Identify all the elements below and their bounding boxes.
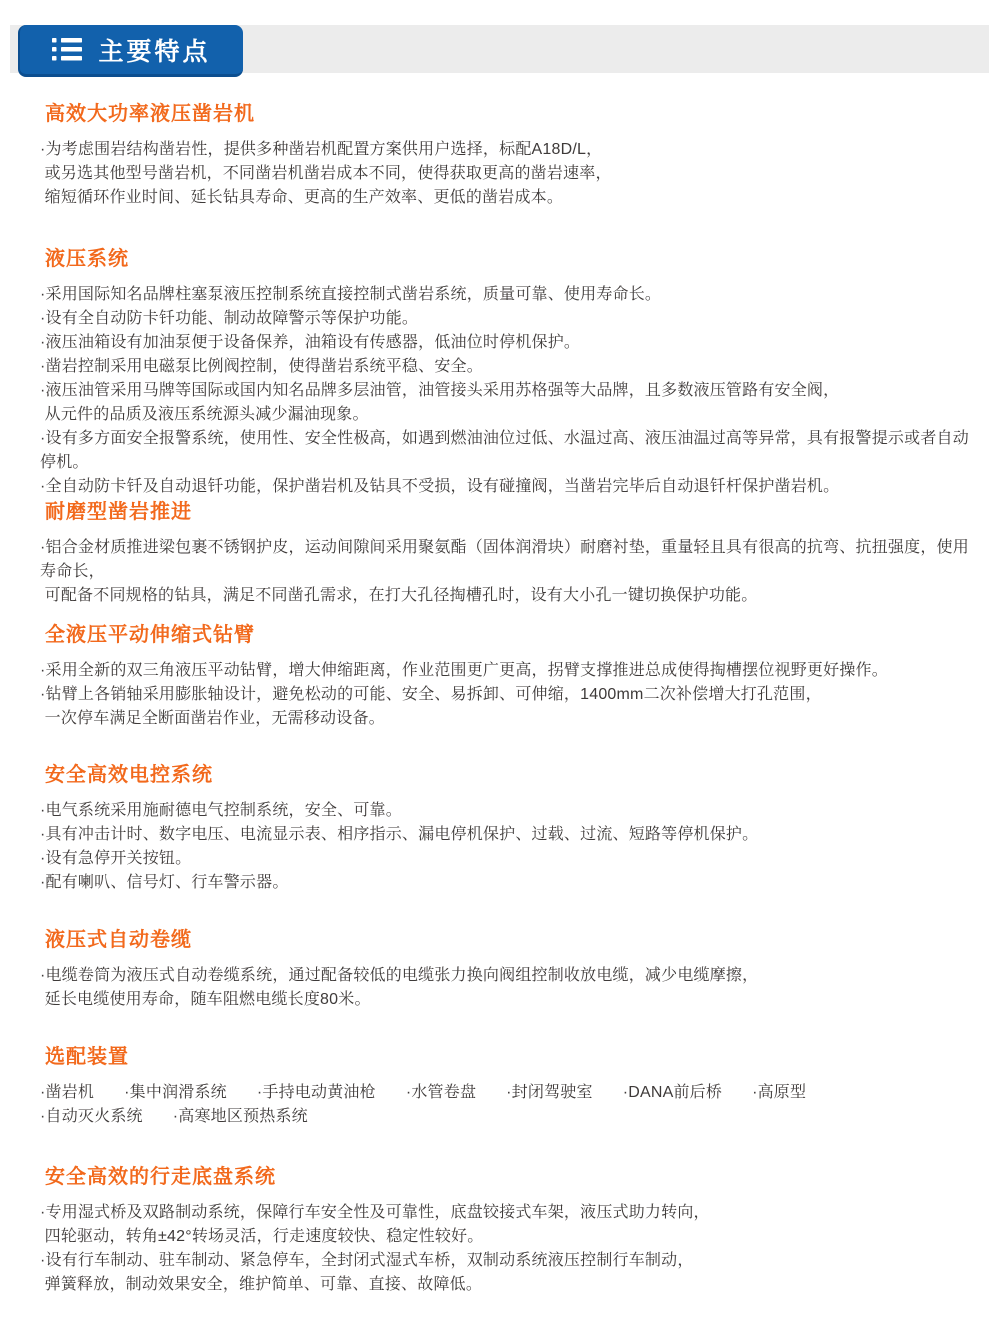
option-item: ·高寒地区预热系统 xyxy=(173,1105,308,1129)
feature-line: ·设有行车制动、驻车制动、紧急停车，全封闭式湿式车桥，双制动系统液压控制行车制动… xyxy=(40,1249,985,1273)
feature-line: ·凿岩控制采用电磁泵比例阀控制，使得凿岩系统平稳、安全。 xyxy=(40,355,985,379)
section-electric-control: 安全高效电控系统 ·电气系统采用施耐德电气控制系统，安全、可靠。 ·具有冲击计时… xyxy=(40,761,985,895)
section-title: 安全高效电控系统 xyxy=(45,761,985,789)
section-body: ·专用湿式桥及双路制动系统，保障行车安全性及可靠性，底盘铰接式车架，液压式助力转… xyxy=(40,1201,985,1297)
feature-line: ·设有急停开关按钮。 xyxy=(40,847,985,871)
feature-line: ·钻臂上各销轴采用膨胀轴设计，避免松动的可能、安全、易拆卸、可伸缩，1400mm… xyxy=(40,683,985,707)
option-item: ·水管卷盘 xyxy=(406,1081,476,1105)
section-optional-equipment: 选配装置 ·凿岩机 ·集中润滑系统 ·手持电动黄油枪 ·水管卷盘 ·封闭驾驶室 … xyxy=(40,1043,985,1129)
feature-line: ·液压油管采用马牌等国际或国内知名品牌多层油管，油管接头采用苏格强等大品牌，且多… xyxy=(40,379,985,403)
section-body: ·采用全新的双三角液压平动钻臂，增大伸缩距离，作业范围更广更高，拐臂支撑推进总成… xyxy=(40,659,985,731)
feature-line: ·配有喇叭、信号灯、行车警示器。 xyxy=(40,871,985,895)
section-hydraulic-system: 液压系统 ·采用国际知名品牌柱塞泵液压控制系统直接控制式凿岩系统，质量可靠、使用… xyxy=(40,245,985,499)
section-title: 全液压平动伸缩式钻臂 xyxy=(45,621,985,649)
section-title: 液压系统 xyxy=(45,245,985,273)
section-title: 液压式自动卷缆 xyxy=(45,926,985,954)
option-item: ·封闭驾驶室 xyxy=(506,1081,593,1105)
section-auto-cable-reel: 液压式自动卷缆 ·电缆卷筒为液压式自动卷缆系统，通过配备较低的电缆张力换向阀组控… xyxy=(40,926,985,1012)
section-body: ·电缆卷筒为液压式自动卷缆系统，通过配备较低的电缆张力换向阀组控制收放电缆，减少… xyxy=(40,964,985,1012)
section-title: 高效大功率液压凿岩机 xyxy=(45,100,985,128)
section-body: ·电气系统采用施耐德电气控制系统，安全、可靠。 ·具有冲击计时、数字电压、电流显… xyxy=(40,799,985,895)
section-body: ·铝合金材质推进梁包裹不锈钢护皮，运动间隙间采用聚氨酯（固体润滑块）耐磨衬垫，重… xyxy=(40,536,985,608)
feature-line: 四轮驱动，转角±42°转场灵活，行走速度较快、稳定性较好。 xyxy=(40,1225,985,1249)
section-body: ·采用国际知名品牌柱塞泵液压控制系统直接控制式凿岩系统，质量可靠、使用寿命长。 … xyxy=(40,283,985,499)
feature-line: ·具有冲击计时、数字电压、电流显示表、相序指示、漏电停机保护、过载、过流、短路等… xyxy=(40,823,985,847)
features-content: 高效大功率液压凿岩机 ·为考虑围岩结构凿岩性，提供多种凿岩机配置方案供用户选择，… xyxy=(0,0,1000,1317)
option-item: ·手持电动黄油枪 xyxy=(257,1081,376,1105)
option-item: ·DANA前后桥 xyxy=(623,1081,722,1105)
feature-line: 一次停车满足全断面凿岩作业，无需移动设备。 xyxy=(40,707,985,731)
feature-line: ·采用国际知名品牌柱塞泵液压控制系统直接控制式凿岩系统，质量可靠、使用寿命长。 xyxy=(40,283,985,307)
section-body: ·为考虑围岩结构凿岩性，提供多种凿岩机配置方案供用户选择，标配A18D/L， 或… xyxy=(40,138,985,210)
option-item: ·集中润滑系统 xyxy=(124,1081,227,1105)
section-chassis-system: 安全高效的行走底盘系统 ·专用湿式桥及双路制动系统，保障行车安全性及可靠性，底盘… xyxy=(40,1163,985,1297)
feature-line: ·为考虑围岩结构凿岩性，提供多种凿岩机配置方案供用户选择，标配A18D/L， xyxy=(40,138,985,162)
feature-line: 可配备不同规格的钻具，满足不同凿孔需求，在打大孔径掏槽孔时，设有大小孔一键切换保… xyxy=(40,584,985,608)
feature-line: ·全自动防卡钎及自动退钎功能，保护凿岩机及钻具不受损，设有碰撞阀，当凿岩完毕后自… xyxy=(40,475,985,499)
section-telescopic-boom: 全液压平动伸缩式钻臂 ·采用全新的双三角液压平动钻臂，增大伸缩距离，作业范围更广… xyxy=(40,621,985,731)
section-body: ·凿岩机 ·集中润滑系统 ·手持电动黄油枪 ·水管卷盘 ·封闭驾驶室 ·DANA… xyxy=(40,1081,985,1129)
feature-line: ·铝合金材质推进梁包裹不锈钢护皮，运动间隙间采用聚氨酯（固体润滑块）耐磨衬垫，重… xyxy=(40,536,985,584)
feature-line: ·电气系统采用施耐德电气控制系统，安全、可靠。 xyxy=(40,799,985,823)
feature-line: 从元件的品质及液压系统源头减少漏油现象。 xyxy=(40,403,985,427)
option-row: ·自动灭火系统 ·高寒地区预热系统 xyxy=(40,1105,985,1129)
section-wear-resistant-feed: 耐磨型凿岩推进 ·铝合金材质推进梁包裹不锈钢护皮，运动间隙间采用聚氨酯（固体润滑… xyxy=(40,498,985,608)
feature-line: 弹簧释放，制动效果安全，维护简单、可靠、直接、故障低。 xyxy=(40,1273,985,1297)
option-item: ·高原型 xyxy=(752,1081,806,1105)
option-item: ·自动灭火系统 xyxy=(40,1105,143,1129)
feature-line: 缩短循环作业时间、延长钻具寿命、更高的生产效率、更低的凿岩成本。 xyxy=(40,186,985,210)
option-item: ·凿岩机 xyxy=(40,1081,94,1105)
feature-line: ·专用湿式桥及双路制动系统，保障行车安全性及可靠性，底盘铰接式车架，液压式助力转… xyxy=(40,1201,985,1225)
section-title: 选配装置 xyxy=(45,1043,985,1071)
section-title: 耐磨型凿岩推进 xyxy=(45,498,985,526)
feature-line: ·设有全自动防卡钎功能、制动故障警示等保护功能。 xyxy=(40,307,985,331)
feature-line: ·设有多方面安全报警系统，使用性、安全性极高，如遇到燃油油位过低、水温过高、液压… xyxy=(40,427,985,475)
feature-line: ·采用全新的双三角液压平动钻臂，增大伸缩距离，作业范围更广更高，拐臂支撑推进总成… xyxy=(40,659,985,683)
feature-line: ·液压油箱设有加油泵便于设备保养，油箱设有传感器，低油位时停机保护。 xyxy=(40,331,985,355)
feature-line: 或另选其他型号凿岩机，不同凿岩机凿岩成本不同，使得获取更高的凿岩速率， xyxy=(40,162,985,186)
section-rock-drill: 高效大功率液压凿岩机 ·为考虑围岩结构凿岩性，提供多种凿岩机配置方案供用户选择，… xyxy=(40,100,985,210)
feature-line: ·电缆卷筒为液压式自动卷缆系统，通过配备较低的电缆张力换向阀组控制收放电缆，减少… xyxy=(40,964,985,988)
feature-line: 延长电缆使用寿命，随车阻燃电缆长度80米。 xyxy=(40,988,985,1012)
option-row: ·凿岩机 ·集中润滑系统 ·手持电动黄油枪 ·水管卷盘 ·封闭驾驶室 ·DANA… xyxy=(40,1081,985,1105)
section-title: 安全高效的行走底盘系统 xyxy=(45,1163,985,1191)
